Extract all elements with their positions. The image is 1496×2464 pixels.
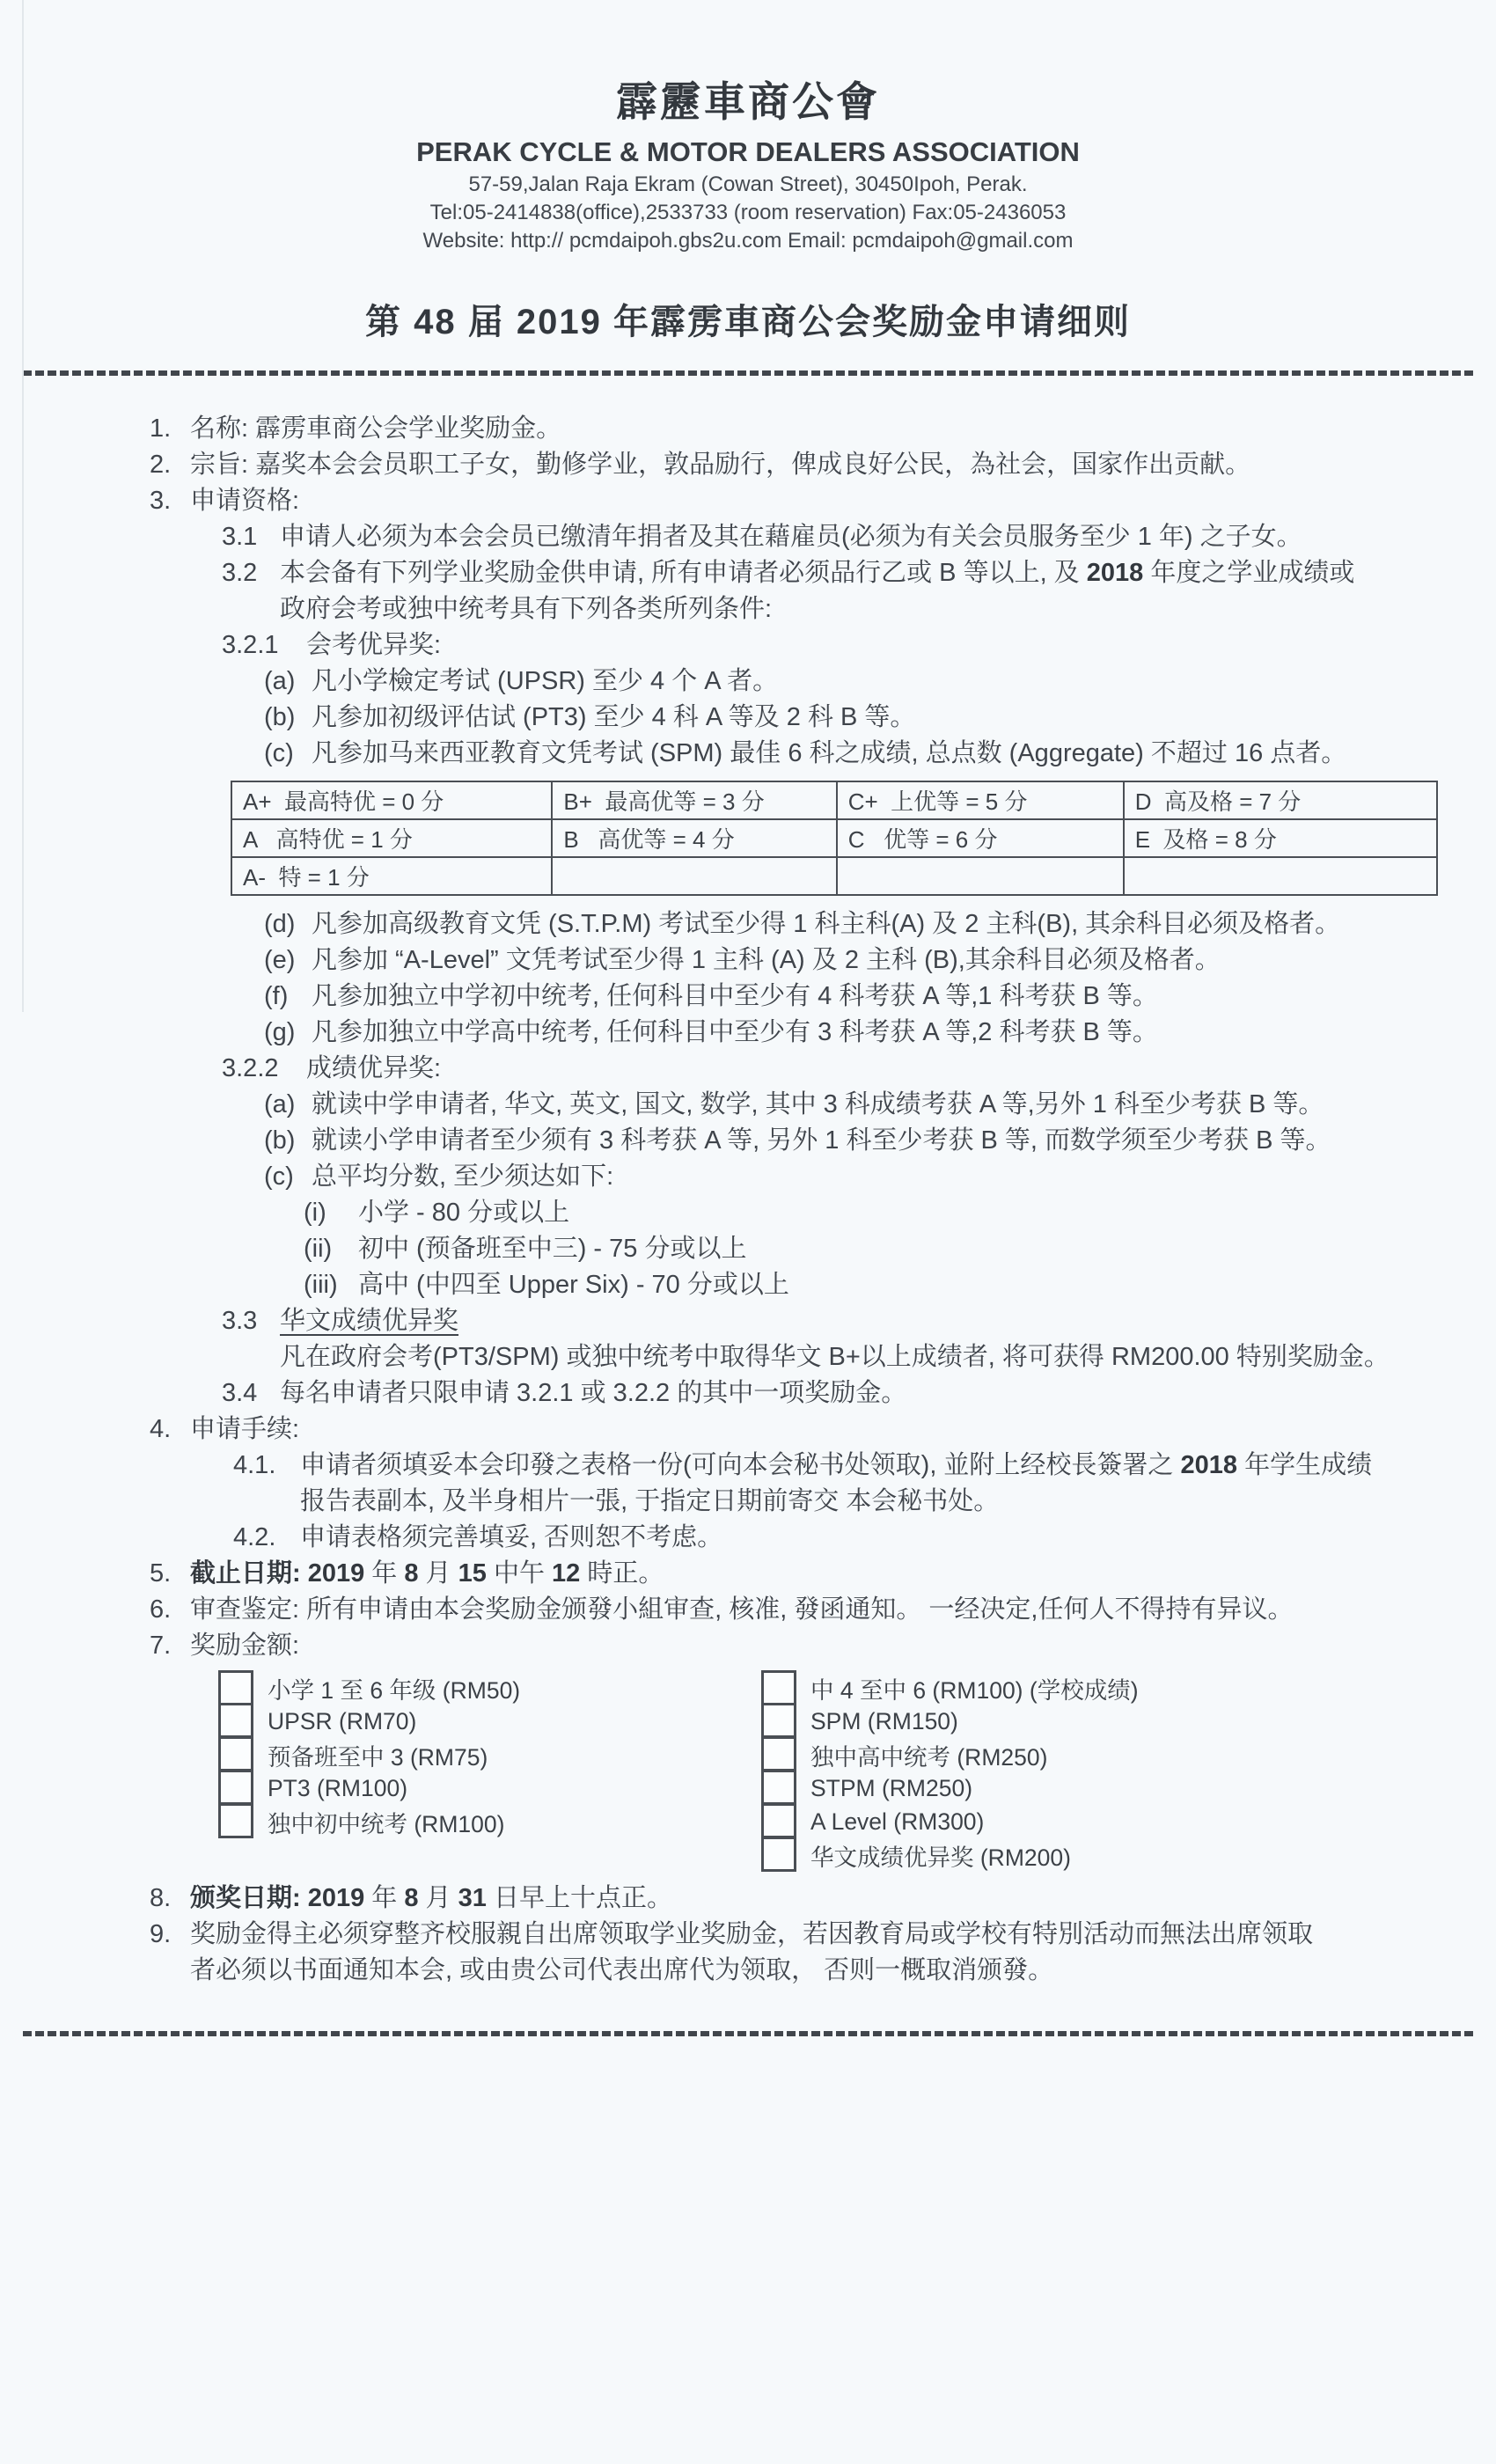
award-row: PT3 (RM100) [218, 1771, 520, 1805]
rules-list: 1. 名称: 霹雳車商公会学业奖励金。 2. 宗旨: 嘉奖本会会员职工子女，勤修… [0, 411, 1496, 1989]
item-text: 申请表格须完善填妥, 否则恕不考虑。 [300, 1520, 722, 1556]
item-3: 3. 申请资格: [0, 483, 1496, 519]
item-number: (c) [264, 736, 312, 772]
item-3-2-1-g: (g) 凡参加独立中学高中统考, 任何科目中至少有 3 科考获 A 等,2 科考… [0, 1015, 1496, 1051]
scan-artifact-line [22, 0, 24, 1012]
dashed-separator-bottom [23, 2031, 1473, 2036]
item-3-3: 3.3 华文成绩优异奖 [0, 1303, 1496, 1339]
item-number: (b) [264, 1123, 312, 1159]
grade-cell: C+ 上优等 = 5 分 [837, 781, 1124, 819]
award-row: 华文成绩优异奖 (RM200) [761, 1838, 1139, 1872]
item-3-2-2-b: (b) 就读小学申请者至少须有 3 科考获 A 等, 另外 1 科至少考获 B … [0, 1123, 1496, 1159]
item-text: 审查鉴定: 所有申请由本会奖励金颁發小組审查, 核准, 發函通知。 一经决定,任… [190, 1592, 1293, 1628]
award-label: A Level (RM300) [810, 1808, 984, 1836]
item-number: 6. [150, 1592, 190, 1628]
org-tel-fax: Tel:05-2414838(office),2533733 (room res… [0, 199, 1496, 227]
item-number: (c) [264, 1159, 312, 1195]
grade-cell: E 及格 = 8 分 [1124, 819, 1437, 857]
item-text: 报告表副本, 及半身相片一張, 于指定日期前寄交 本会秘书处。 [300, 1484, 999, 1520]
item-number: 3.2.1 [222, 627, 306, 664]
award-checkbox[interactable] [761, 1770, 796, 1805]
item-text: 奖励金得主必须穿整齐校服親自出席领取学业奖励金，若因教育局或学校有特別活动而無法… [190, 1917, 1313, 1953]
item-number: (i) [304, 1195, 358, 1231]
item-heading: 华文成绩优异奖 [280, 1303, 458, 1339]
item-3-2-2-c: (c) 总平均分数, 至少须达如下: [0, 1159, 1496, 1195]
item-number: 3.1 [222, 519, 280, 555]
item-text: 申请资格: [190, 483, 299, 519]
grade-points-table: A+ 最高特优 = 0 分 B+ 最高优等 = 3 分 C+ 上优等 = 5 分… [231, 781, 1438, 896]
item-number: 3.2.2 [222, 1051, 306, 1087]
award-label: 独中高中统考 (RM250) [810, 1738, 1047, 1772]
item-text: 就读中学申请者, 华文, 英文, 国文, 数学, 其中 3 科成绩考获 A 等,… [312, 1087, 1324, 1123]
item-4-1: 4.1. 申请者须填妥本会印發之表格一份(可向本会秘书处领取), 並附上经校長簽… [0, 1448, 1496, 1484]
grade-cell: B 高优等 = 4 分 [552, 819, 836, 857]
letterhead: 霹靂車商公會 PERAK CYCLE & MOTOR DEALERS ASSOC… [0, 0, 1496, 255]
grade-cell [837, 857, 1124, 895]
scanned-document-page: 霹靂車商公會 PERAK CYCLE & MOTOR DEALERS ASSOC… [0, 0, 1496, 2464]
award-checkbox[interactable] [761, 1670, 796, 1705]
item-text: 凡参加 “A-Level” 文凭考试至少得 1 主科 (A) 及 2 主科 (B… [312, 942, 1221, 979]
item-text: 总平均分数, 至少须达如下: [312, 1159, 613, 1195]
item-text: 者必须以书面通知本会, 或由贵公司代表出席代为领取， 否则一概取消颁發。 [190, 1953, 1053, 1989]
item-3-2-continued: 政府会考或独中统考具有下列各类所列条件: [0, 591, 1496, 627]
item-number: (b) [264, 700, 312, 736]
award-checkbox[interactable] [218, 1703, 253, 1738]
item-text: 初中 (预备班至中三) - 75 分或以上 [358, 1231, 746, 1267]
item-3-2-2: 3.2.2 成绩优异奖: [0, 1051, 1496, 1087]
award-label: 中 4 至中 6 (RM100) (学校成绩) [810, 1671, 1139, 1705]
award-label: SPM (RM150) [810, 1708, 958, 1735]
item-number: (iii) [304, 1267, 358, 1303]
item-number: (f) [264, 979, 312, 1015]
item-number: 9. [150, 1917, 190, 1953]
item-3-2-1-b: (b) 凡参加初级评估试 (PT3) 至少 4 科 A 等及 2 科 B 等。 [0, 700, 1496, 736]
item-9-continued: 者必须以书面通知本会, 或由贵公司代表出席代为领取， 否则一概取消颁發。 [0, 1953, 1496, 1989]
item-3-3-body: 凡在政府会考(PT3/SPM) 或独中统考中取得华文 B+以上成绩者, 将可获得… [0, 1339, 1496, 1375]
item-text: 申请人必须为本会会员已缴清年捐者及其在藉雇员(必须为有关会员服务至少 1 年) … [280, 519, 1302, 555]
award-checkbox[interactable] [218, 1670, 253, 1705]
item-4-1-continued: 报告表副本, 及半身相片一張, 于指定日期前寄交 本会秘书处。 [0, 1484, 1496, 1520]
award-checkbox[interactable] [761, 1703, 796, 1738]
item-3-1: 3.1 申请人必须为本会会员已缴清年捐者及其在藉雇员(必须为有关会员服务至少 1… [0, 519, 1496, 555]
award-checkbox[interactable] [761, 1803, 796, 1838]
award-checkbox[interactable] [761, 1736, 796, 1771]
item-3-2-1-e: (e) 凡参加 “A-Level” 文凭考试至少得 1 主科 (A) 及 2 主… [0, 942, 1496, 979]
item-text: 申请手续: [190, 1412, 299, 1448]
award-column-right: 中 4 至中 6 (RM100) (学校成绩) SPM (RM150) 独中高中… [761, 1671, 1139, 1872]
item-number: 5. [150, 1556, 190, 1592]
item-6-review: 6. 审查鉴定: 所有申请由本会奖励金颁發小組审查, 核准, 發函通知。 一经决… [0, 1592, 1496, 1628]
item-number: 3.2 [222, 555, 280, 591]
item-text: 本会备有下列学业奖励金供申请, 所有申请者必须品行乙或 B 等以上, 及 201… [280, 555, 1354, 591]
item-3-2-1-d: (d) 凡参加高级教育文凭 (S.T.P.M) 考试至少得 1 科主科(A) 及… [0, 906, 1496, 942]
award-row: STPM (RM250) [761, 1771, 1139, 1805]
award-label: 预备班至中 3 (RM75) [268, 1738, 488, 1772]
item-text: 截止日期: 2019 年 8 月 15 中午 12 時正。 [190, 1556, 664, 1592]
item-number: 4.2. [233, 1520, 300, 1556]
item-text: 凡参加高级教育文凭 (S.T.P.M) 考试至少得 1 科主科(A) 及 2 主… [312, 906, 1340, 942]
item-text: 凡参加独立中学高中统考, 任何科目中至少有 3 科考获 A 等,2 科考获 B … [312, 1015, 1158, 1051]
item-number: 3. [150, 483, 190, 519]
item-3-2-1-c: (c) 凡参加马来西亚教育文凭考试 (SPM) 最佳 6 科之成绩, 总点数 (… [0, 736, 1496, 772]
item-number: (a) [264, 664, 312, 700]
item-number: 4. [150, 1412, 190, 1448]
item-9: 9. 奖励金得主必须穿整齐校服親自出席领取学业奖励金，若因教育局或学校有特別活动… [0, 1917, 1496, 1953]
item-8-award-date: 8. 颁奖日期: 2019 年 8 月 31 日早上十点正。 [0, 1881, 1496, 1917]
item-2: 2. 宗旨: 嘉奖本会会员职工子女，勤修学业，敦品励行，俾成良好公民，為社会，国… [0, 447, 1496, 483]
item-number: 3.4 [222, 1375, 280, 1412]
item-number: (g) [264, 1015, 312, 1051]
item-text: 政府会考或独中统考具有下列各类所列条件: [280, 591, 772, 627]
award-row: SPM (RM150) [761, 1705, 1139, 1738]
award-label: 独中初中统考 (RM100) [268, 1805, 504, 1839]
item-number: (d) [264, 906, 312, 942]
item-3-2-1: 3.2.1 会考优异奖: [0, 627, 1496, 664]
item-3-2-2-a: (a) 就读中学申请者, 华文, 英文, 国文, 数学, 其中 3 科成绩考获 … [0, 1087, 1496, 1123]
award-label: PT3 (RM100) [268, 1775, 407, 1802]
item-7-award-amounts: 7. 奖励金额: [0, 1628, 1496, 1664]
award-checkbox[interactable] [218, 1803, 253, 1838]
item-number: 8. [150, 1881, 190, 1917]
item-text: 每名申请者只限申请 3.2.1 或 3.2.2 的其中一项奖励金。 [280, 1375, 906, 1412]
item-number: 2. [150, 447, 190, 483]
item-text: 凡在政府会考(PT3/SPM) 或独中统考中取得华文 B+以上成绩者, 将可获得… [280, 1339, 1390, 1375]
grade-cell: A 高特优 = 1 分 [231, 819, 552, 857]
org-website-email: Website: http:// pcmdaipoh.gbs2u.com Ema… [0, 227, 1496, 255]
item-3-4: 3.4 每名申请者只限申请 3.2.1 或 3.2.2 的其中一项奖励金。 [0, 1375, 1496, 1412]
award-checkbox[interactable] [218, 1736, 253, 1771]
item-roman-i: (i) 小学 - 80 分或以上 [0, 1195, 1496, 1231]
item-text: 成绩优异奖: [306, 1051, 441, 1087]
item-3-2-1-f: (f) 凡参加独立中学初中统考, 任何科目中至少有 4 科考获 A 等,1 科考… [0, 979, 1496, 1015]
grade-cell: D 高及格 = 7 分 [1124, 781, 1437, 819]
award-label: UPSR (RM70) [268, 1708, 416, 1735]
item-roman-ii: (ii) 初中 (预备班至中三) - 75 分或以上 [0, 1231, 1496, 1267]
award-row: 预备班至中 3 (RM75) [218, 1738, 520, 1771]
grade-cell: C 优等 = 6 分 [837, 819, 1124, 857]
award-row: UPSR (RM70) [218, 1705, 520, 1738]
item-text: 会考优异奖: [306, 627, 441, 664]
item-roman-iii: (iii) 高中 (中四至 Upper Six) - 70 分或以上 [0, 1267, 1496, 1303]
grade-cell: B+ 最高优等 = 3 分 [552, 781, 836, 819]
item-text: 凡参加初级评估试 (PT3) 至少 4 科 A 等及 2 科 B 等。 [312, 700, 915, 736]
award-label: 小学 1 至 6 年级 (RM50) [268, 1671, 520, 1705]
item-number: (ii) [304, 1231, 358, 1267]
item-3-2-1-a: (a) 凡小学檢定考试 (UPSR) 至少 4 个 A 者。 [0, 664, 1496, 700]
item-text: 凡参加马来西亚教育文凭考试 (SPM) 最佳 6 科之成绩, 总点数 (Aggr… [312, 736, 1346, 772]
item-text: 宗旨: 嘉奖本会会员职工子女，勤修学业，敦品励行，俾成良好公民，為社会，国家作出… [190, 447, 1250, 483]
document-title: 第 48 届 2019 年霹雳車商公会奖励金申请细则 [0, 294, 1496, 344]
award-label: STPM (RM250) [810, 1775, 972, 1802]
dashed-separator-top [23, 370, 1473, 376]
award-row: 独中高中统考 (RM250) [761, 1738, 1139, 1771]
grade-cell [1124, 857, 1437, 895]
award-column-left: 小学 1 至 6 年级 (RM50) UPSR (RM70) 预备班至中 3 (… [218, 1671, 520, 1838]
item-text: 高中 (中四至 Upper Six) - 70 分或以上 [358, 1267, 789, 1303]
org-name-english: PERAK CYCLE & MOTOR DEALERS ASSOCIATION [0, 134, 1496, 171]
item-4: 4. 申请手续: [0, 1412, 1496, 1448]
award-amount-checklist: 小学 1 至 6 年级 (RM50) UPSR (RM70) 预备班至中 3 (… [0, 1671, 1496, 1881]
item-text: 就读小学申请者至少须有 3 科考获 A 等, 另外 1 科至少考获 B 等, 而… [312, 1123, 1331, 1159]
item-text: 小学 - 80 分或以上 [358, 1195, 569, 1231]
item-number: 3.3 [222, 1303, 280, 1339]
item-1: 1. 名称: 霹雳車商公会学业奖励金。 [0, 411, 1496, 447]
item-text: 颁奖日期: 2019 年 8 月 31 日早上十点正。 [190, 1881, 672, 1917]
award-checkbox[interactable] [218, 1770, 253, 1805]
org-address: 57-59,Jalan Raja Ekram (Cowan Street), 3… [0, 171, 1496, 199]
grade-table-row: A 高特优 = 1 分 B 高优等 = 4 分 C 优等 = 6 分 E 及格 … [231, 819, 1437, 857]
item-5-deadline: 5. 截止日期: 2019 年 8 月 15 中午 12 時正。 [0, 1556, 1496, 1592]
award-label: 华文成绩优异奖 (RM200) [810, 1838, 1071, 1873]
item-text: 凡参加独立中学初中统考, 任何科目中至少有 4 科考获 A 等,1 科考获 B … [312, 979, 1158, 1015]
award-checkbox[interactable] [761, 1837, 796, 1872]
grade-cell [552, 857, 836, 895]
item-number: 4.1. [233, 1448, 300, 1484]
item-text: 奖励金额: [190, 1628, 299, 1664]
grade-cell: A- 特 = 1 分 [231, 857, 552, 895]
item-4-2: 4.2. 申请表格须完善填妥, 否则恕不考虑。 [0, 1520, 1496, 1556]
item-number: 1. [150, 411, 190, 447]
grade-cell: A+ 最高特优 = 0 分 [231, 781, 552, 819]
item-text: 名称: 霹雳車商公会学业奖励金。 [190, 411, 561, 447]
grade-table-row: A- 特 = 1 分 [231, 857, 1437, 895]
item-text: 申请者须填妥本会印發之表格一份(可向本会秘书处领取), 並附上经校長簽署之 20… [300, 1448, 1372, 1484]
item-number: 7. [150, 1628, 190, 1664]
award-row: 小学 1 至 6 年级 (RM50) [218, 1671, 520, 1705]
item-number: (e) [264, 942, 312, 979]
item-text: 凡小学檢定考试 (UPSR) 至少 4 个 A 者。 [312, 664, 778, 700]
award-row: 独中初中统考 (RM100) [218, 1805, 520, 1838]
item-3-2: 3.2 本会备有下列学业奖励金供申请, 所有申请者必须品行乙或 B 等以上, 及… [0, 555, 1496, 591]
grade-table-row: A+ 最高特优 = 0 分 B+ 最高优等 = 3 分 C+ 上优等 = 5 分… [231, 781, 1437, 819]
org-name-chinese: 霹靂車商公會 [0, 76, 1496, 128]
award-row: A Level (RM300) [761, 1805, 1139, 1838]
item-number: (a) [264, 1087, 312, 1123]
award-row: 中 4 至中 6 (RM100) (学校成绩) [761, 1671, 1139, 1705]
